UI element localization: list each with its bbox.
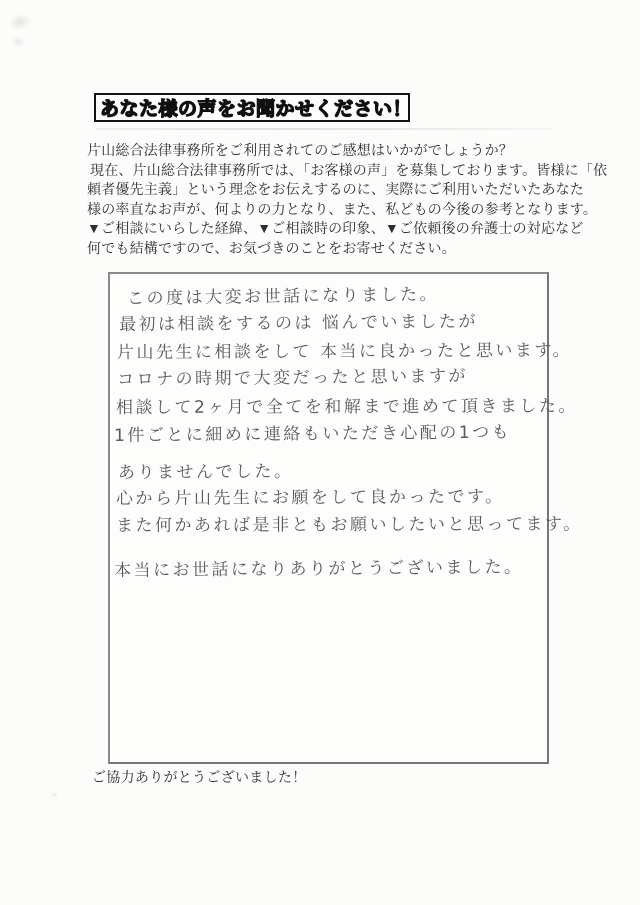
- handwritten-line: 片山先生に相談をして 本当に良かったと思います。: [117, 336, 572, 363]
- handwritten-line: コロナの時期で大変だったと思いますが: [117, 361, 468, 390]
- handwritten-line: 最初は相談をするのは 悩んでいましたが: [119, 307, 478, 335]
- handwritten-line: 相談して2ヶ月で全てを和解まで進めて頂きました。: [116, 391, 578, 418]
- handwritten-line: ありませんでした。: [118, 457, 294, 483]
- intro-line: 頼者優先主義」という理念をお伝えするのに、実際にご利用いただいたあなた: [87, 180, 559, 200]
- handwritten-line: この度は大変お世話になりました。: [127, 280, 439, 309]
- intro-paragraph: 片山総合法律事務所をご利用されてのご感想はいかがでしょうか？ 現在、片山総合法律…: [87, 141, 559, 258]
- intro-line: 片山総合法律事務所をご利用されてのご感想はいかがでしょうか？: [87, 141, 559, 161]
- intro-line: 様の率直なお声が、何よりの力となり、また、私どもの今後の参考となります。: [87, 200, 559, 220]
- handwritten-line: 心から片山先生にお願をして良かったです。: [116, 482, 505, 509]
- scan-smudge-artifact: [6, 11, 33, 33]
- handwritten-line: 1件ごとに細めに連絡もいただき心配の1つも: [114, 418, 511, 446]
- scan-streak-artifact: [95, 128, 553, 130]
- footer-thanks: ご協力ありがとうございました！: [92, 767, 307, 787]
- scan-page: あなた様の声をお聞かせください！ 片山総合法律事務所をご利用されてのご感想はいか…: [0, 0, 640, 905]
- scan-speck-artifact: [52, 793, 57, 797]
- scan-smudge-artifact: [9, 35, 27, 49]
- page-title: あなた様の声をお聞かせください！: [100, 94, 412, 121]
- header-banner: あなた様の声をお聞かせください！: [94, 93, 410, 122]
- handwritten-line: 本当にお世話になりありがとうございました。: [114, 552, 524, 581]
- intro-line: 現在、片山総合法律事務所では、「お客様の声」を募集しております。皆様に「依: [87, 161, 559, 181]
- intro-line: ▼ご相談にいらした経緯、▼ご相談時の印象、▼ご依頼後の弁護士の対応など: [87, 219, 559, 239]
- handwritten-line: また何かあれば是非ともお願いしたいと思ってます。: [116, 509, 583, 536]
- intro-line: 何でも結構ですので、お気づきのことをお寄せください。: [87, 239, 559, 259]
